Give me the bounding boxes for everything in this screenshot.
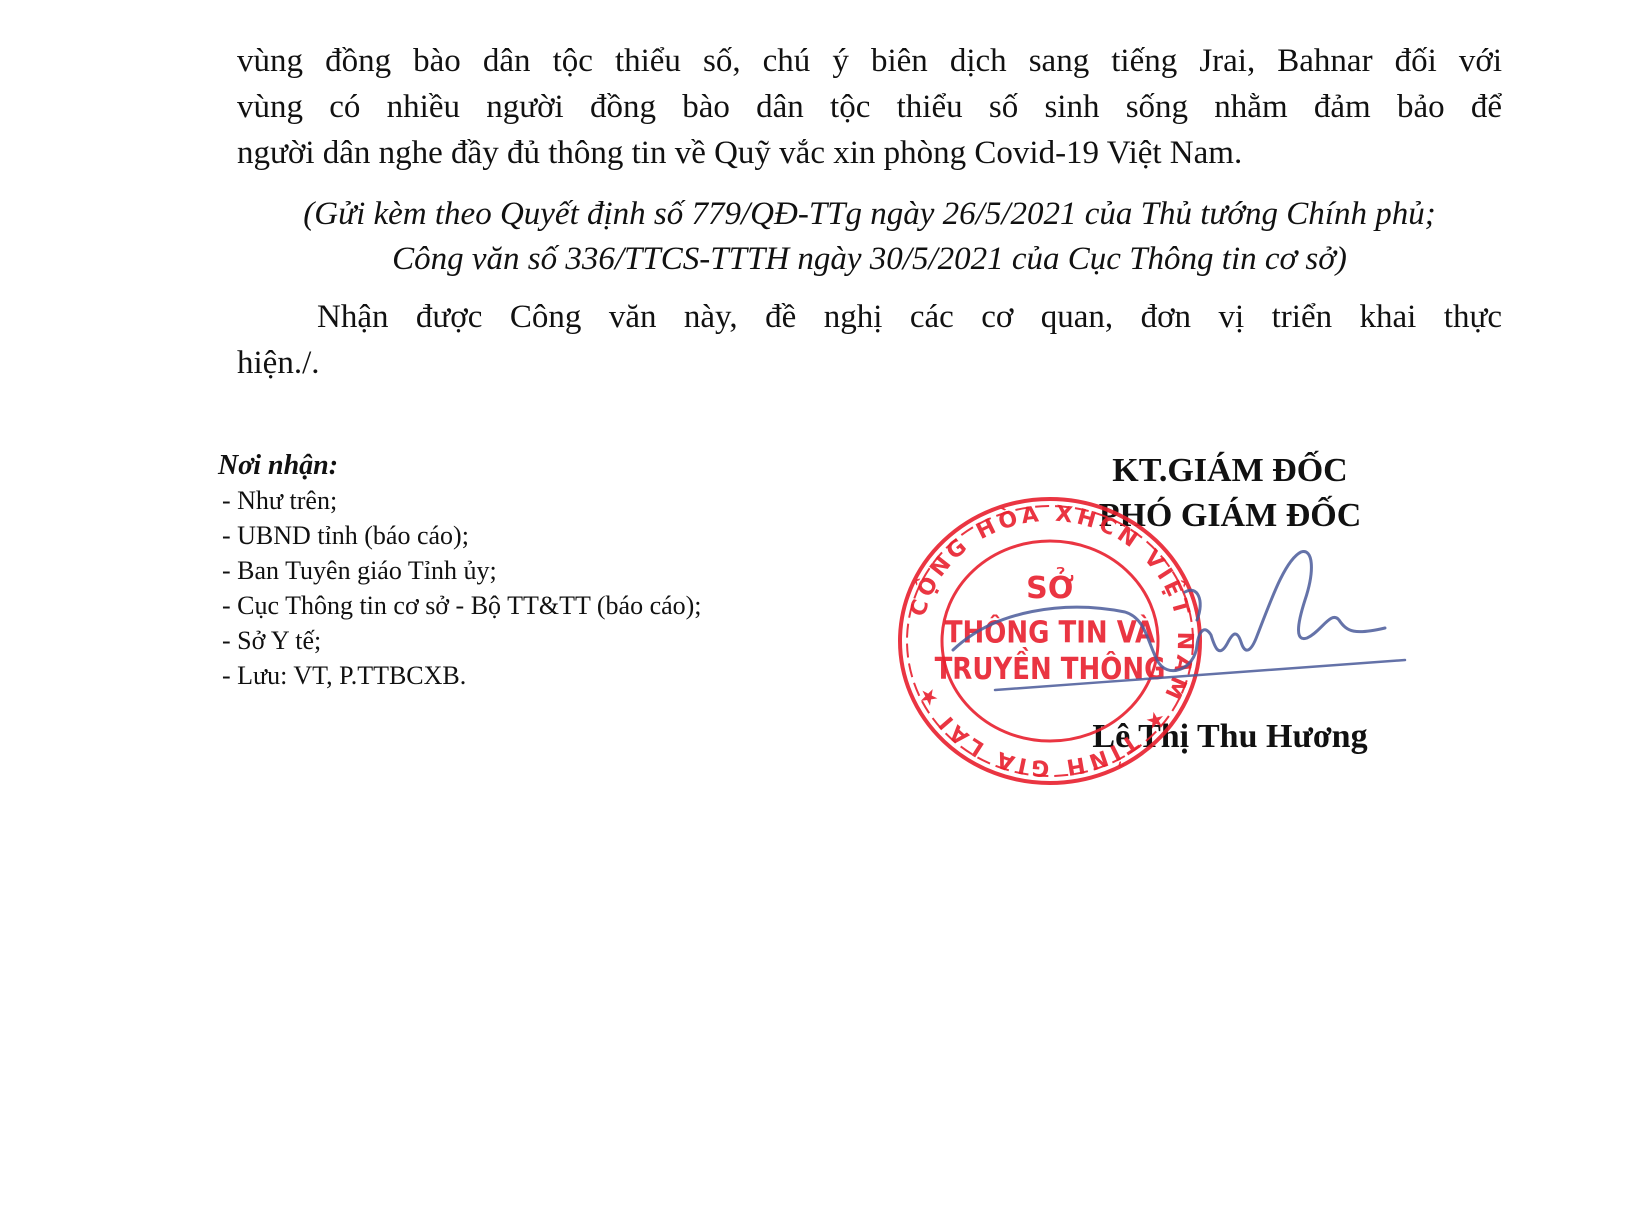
- recipients-list: Nơi nhận: - Như trên; - UBND tỉnh (báo c…: [218, 448, 702, 693]
- text-line: vùng có nhiều người đồng bào dân tộc thi…: [237, 84, 1502, 130]
- reference-line: (Gửi kèm theo Quyết định số 779/QĐ-TTg n…: [237, 192, 1502, 237]
- recipient-item: - Như trên;: [218, 483, 702, 518]
- body-paragraph-1: vùng đồng bào dân tộc thiểu số, chú ý bi…: [237, 38, 1502, 176]
- text-line: người dân nghe đầy đủ thông tin về Quỹ v…: [237, 130, 1502, 176]
- reference-line: Công văn số 336/TTCS-TTTH ngày 30/5/2021…: [237, 237, 1502, 282]
- recipient-item: - Sở Y tế;: [218, 623, 702, 658]
- recipient-item: - Lưu: VT, P.TTBCXB.: [218, 658, 702, 693]
- body-paragraph-2: Nhận được Công văn này, đề nghị các cơ q…: [237, 294, 1502, 386]
- text-line: Nhận được Công văn này, đề nghị các cơ q…: [237, 294, 1502, 340]
- handwritten-signature: [935, 540, 1415, 720]
- recipient-item: - Cục Thông tin cơ sở - Bộ TT&TT (báo cá…: [218, 588, 702, 623]
- text-line: hiện./.: [237, 340, 1502, 386]
- text-line: vùng đồng bào dân tộc thiểu số, chú ý bi…: [237, 38, 1502, 84]
- attachment-reference: (Gửi kèm theo Quyết định số 779/QĐ-TTg n…: [237, 192, 1502, 282]
- recipients-title: Nơi nhận:: [218, 448, 702, 483]
- recipient-item: - Ban Tuyên giáo Tỉnh ủy;: [218, 553, 702, 588]
- recipient-item: - UBND tỉnh (báo cáo);: [218, 518, 702, 553]
